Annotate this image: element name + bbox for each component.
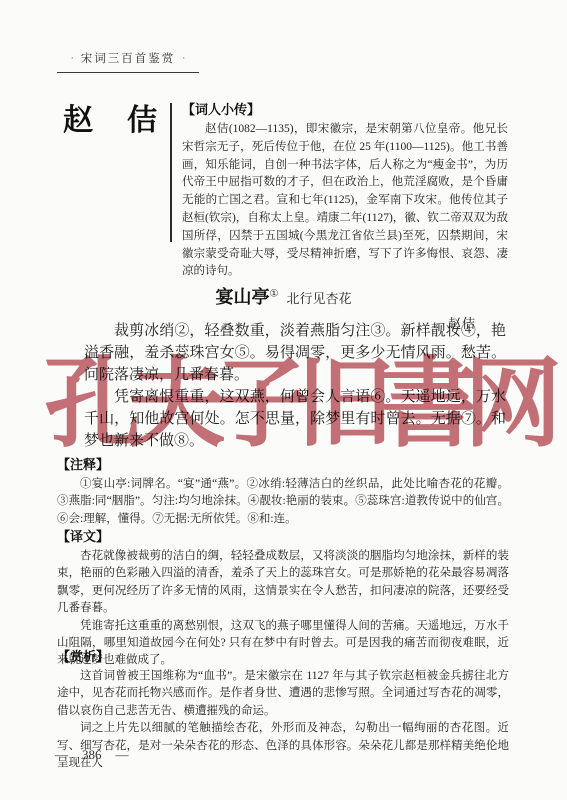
bio-vertical-divider [170,103,172,242]
poem-title-annotation-mark: ① [270,289,279,300]
poem-stanza-1: 裁剪冰绡②，轻叠数重，淡着燕脂匀注③。新样靓妆④，艳溢香融，羞杀蕊珠宫女⑤。易得… [84,320,506,386]
poem-stanza-2: 凭寄离恨重重，这双燕，何曾会人言语⑥。天遥地远，万水千山，知他故宫何处。怎不思量… [84,386,506,452]
page-footer: — 386 — [55,747,129,763]
book-title: 宋词三百首鉴赏 [81,50,176,66]
poem-title: 宴山亭 [216,287,270,307]
poem-subtitle: 北行见杏花 [286,291,351,306]
poet-name-title: 赵 佶 [63,95,159,139]
bio-text: 赵佶(1082—1135)，即宋徽宗，是宋朝第八位皇帝。他兄长宋哲宗无子，死后传… [182,121,508,281]
bio-section-header: 【词人小传】 [182,99,508,118]
page-number: 386 [82,747,102,763]
book-page: · 宋词三百首鉴赏 · 赵 佶 【词人小传】 赵佶(1082—1135)，即宋徽… [0,0,567,800]
poet-bio-block: 【词人小传】 赵佶(1082—1135)，即宋徽宗，是宋朝第八位皇帝。他兄长宋哲… [182,99,508,281]
footer-dash-left: — [55,747,68,763]
appreciation-section-header: 【赏析】 [57,646,509,665]
annotations-section: 【注释】 ①宴山亭:词牌名。“宴”通“燕”。②冰绡:轻薄洁白的丝织品，此处比喻杏… [57,454,509,528]
annotations-section-header: 【注释】 [57,454,509,473]
translation-paragraph-1: 杏花就像被裁剪的洁白的绸，轻轻叠成数层，又将淡淡的胭脂均匀地涂抹，新样的装束，艳… [57,548,509,618]
header-ornament-left: · [71,53,74,63]
footer-dash-right: — [116,747,129,763]
header-ornament-right: · [182,53,185,63]
poem-body: 裁剪冰绡②，轻叠数重，淡着燕脂匀注③。新样靓妆④，艳溢香融，羞杀蕊珠宫女⑤。易得… [84,320,506,452]
appreciation-paragraph-1: 这首词曾被王国维称为“血书”。是宋徽宗在 1127 年与其子钦宗赵桓被金兵掳往北… [57,668,509,720]
poem-title-row: 宴山亭① 北行见杏花 [0,283,567,309]
annotations-text: ①宴山亭:词牌名。“宴”通“燕”。②冰绡:轻薄洁白的丝织品，此处比喻杏花的花瓣。… [57,476,509,528]
translation-section-header: 【译文】 [57,526,509,545]
running-head: · 宋词三百首鉴赏 · [57,50,199,73]
